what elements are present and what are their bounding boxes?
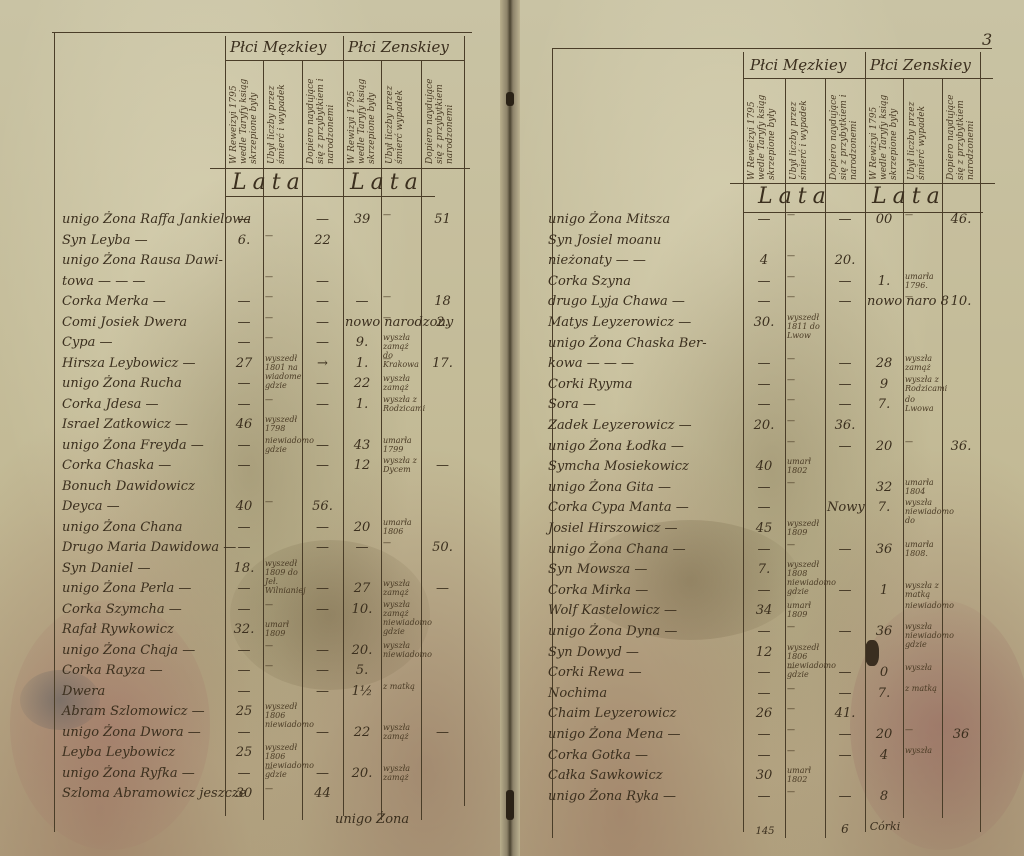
- age-cell-m3: —: [304, 520, 341, 535]
- age-cell-m3: —: [827, 624, 863, 639]
- age-cell-m2: —: [787, 292, 823, 301]
- register-row: Corka Merka ——————18: [0, 294, 500, 314]
- unit-label-male: Lata: [232, 170, 306, 195]
- person-name: Corka Cypa Manta —: [548, 500, 689, 515]
- right-page: 3 Płci Męzkiey Płci Zenskiey W Reweizyi …: [520, 0, 1024, 856]
- age-cell-m1: —: [227, 212, 261, 227]
- header-male: Płci Męzkiey: [230, 38, 326, 56]
- age-cell-f3: 2.: [423, 315, 462, 330]
- header-rule: [743, 78, 993, 79]
- person-name: Corka Gotka —: [548, 748, 648, 763]
- person-name: Comi Josiek Dwera: [62, 315, 187, 330]
- register-row: Comi Josiek Dwera———nowo narodzony—2.: [0, 315, 500, 335]
- footer-note: Córki: [855, 820, 915, 833]
- person-name: unigo Żona Chana —: [548, 542, 686, 557]
- register-row: unigo Żona Mena ————20—36: [520, 727, 1024, 747]
- col-header: Ubył liczby przez śmierć wypadek: [907, 82, 939, 180]
- register-row: nieżonaty — —4—20.: [520, 253, 1024, 273]
- person-name: Całka Sawkowicz: [548, 768, 663, 783]
- col-header: Dopiero naydujące się z przybytkiem i na…: [829, 82, 861, 180]
- age-cell-f2: do Lwowa: [905, 395, 940, 413]
- register-row: Corka Cypa Manta ——Nowy7.wyszła niewiado…: [520, 500, 1024, 520]
- age-cell-m3: —: [827, 727, 863, 742]
- register-row: unigo Żona Dyna ————36wyszła niewiadomo …: [520, 624, 1024, 644]
- age-cell-m2: —: [787, 663, 823, 672]
- age-cell-f1: 1: [867, 583, 901, 598]
- age-cell-f2: wyszła zamąż: [383, 579, 419, 597]
- age-cell-f2: wyszła z Rodzicami: [905, 375, 940, 393]
- age-cell-f2: z matką: [905, 684, 940, 693]
- col-header: W Reweizyi 1795 wedle Taryfy ksiąg skrze…: [229, 64, 261, 164]
- age-cell-m3: —: [304, 274, 341, 289]
- col-header: Ubył liczby przez śmierć wypadek: [385, 64, 417, 164]
- register-row: unigo Żona Chaja ————20.wyszła niewiadom…: [0, 643, 500, 663]
- register-row: Drugo Maria Dawidowa —————50.: [0, 540, 500, 560]
- age-cell-m2: —: [265, 661, 300, 670]
- person-name: unigo Żona Raffa Jankielowa: [62, 212, 251, 227]
- age-cell-f3: 36.: [944, 439, 978, 454]
- age-cell-f2: umarła 1806: [383, 518, 419, 536]
- register-row: Corka Mirka ———1wyszła z matką: [520, 583, 1024, 603]
- age-cell-f1: 4: [867, 748, 901, 763]
- col-header: W Rewizyi 1795 wedle Taryfy ksiąg skrzep…: [869, 82, 901, 180]
- person-name: towa — — —: [62, 274, 145, 289]
- age-cell-m1: —: [745, 397, 783, 412]
- binding-thread: [506, 92, 514, 106]
- header-female: Płci Zenskiey: [870, 56, 971, 74]
- register-row: kowa — — ————28wyszła zamąż: [520, 356, 1024, 376]
- age-cell-f1: 36: [867, 542, 901, 557]
- register-row: Syn Daniel —18.wyszedł 1809 do Jeł. Wiln…: [0, 561, 500, 581]
- age-cell-f1: 1.: [345, 397, 379, 412]
- age-cell-f2: —: [383, 354, 419, 363]
- unit-label-female: Lata: [872, 184, 946, 209]
- register-row: Abram Szlomowicz —25wyszedł 1806 niewiad…: [0, 704, 500, 724]
- age-cell-m1: —: [745, 686, 783, 701]
- register-row: Deyca —40—56.: [0, 499, 500, 519]
- age-cell-m2: umarł 1802: [787, 766, 823, 784]
- age-cell-m1: —: [745, 542, 783, 557]
- age-cell-f2: umarła 1808.: [905, 540, 940, 558]
- col-header: Dopiero naydujące się z przybytkiem i na…: [306, 64, 340, 164]
- register-row: Sora ————7.do Lwowa: [520, 397, 1024, 417]
- person-name: Corka Merka —: [62, 294, 166, 309]
- register-row: Hirsza Leybowicz —27wyszedł 1801 na wiad…: [0, 356, 500, 376]
- age-cell-m1: 12: [745, 645, 783, 660]
- age-cell-m1: 25: [227, 745, 261, 760]
- age-cell-m2: umarł 1802: [787, 457, 823, 475]
- age-cell-m2: —: [787, 375, 823, 384]
- register-row: Cypa ————9.wyszła zamąż do Krakowa: [0, 335, 500, 355]
- age-cell-m3: 56.: [304, 499, 341, 514]
- register-row: Josiel Hirszowicz —45wyszedł 1809: [520, 521, 1024, 541]
- age-cell-m2: —: [787, 746, 823, 755]
- age-cell-m1: —: [745, 500, 783, 515]
- register-row: Syn Josiel moanu: [520, 233, 1024, 253]
- person-name: Hirsza Leybowicz —: [62, 356, 195, 371]
- age-cell-f2: umarła 1796.: [905, 272, 940, 290]
- age-cell-m3: 20.: [827, 253, 863, 268]
- register-row: unigo Żona Łodka ———20—36.: [520, 439, 1024, 459]
- age-cell-f2: z matką: [383, 682, 419, 691]
- age-cell-f2: wyszła: [905, 746, 940, 755]
- age-cell-m1: —: [227, 376, 261, 391]
- register-row: Syn Leyba —6.—22: [0, 233, 500, 253]
- age-cell-f1: 5.: [345, 663, 379, 678]
- col-header: W Reweizyi 1795 wedle Taryfy ksiąg skrze…: [747, 82, 781, 180]
- person-name: unigo Żona Chaska Ber-: [548, 336, 707, 351]
- register-row: Corka Gotka ————4wyszła: [520, 748, 1024, 768]
- age-cell-f1: 7.: [867, 500, 901, 515]
- age-cell-f2: —: [383, 538, 419, 547]
- age-cell-f1: 22: [345, 376, 379, 391]
- age-cell-m2: niewiadomo gdzie: [265, 436, 300, 454]
- person-name: Bonuch Dawidowicz: [62, 479, 195, 494]
- age-cell-m2: —: [265, 600, 300, 609]
- age-cell-f1: 27: [345, 581, 379, 596]
- age-cell-m1: —: [227, 397, 261, 412]
- age-cell-m3: 44: [304, 786, 341, 801]
- register-row: unigo Żona Raffa Jankielowa——39—51: [0, 212, 500, 232]
- age-cell-m1: —: [745, 274, 783, 289]
- age-cell-m2: wyszedł 1798: [265, 415, 300, 433]
- age-cell-m1: 18.: [227, 561, 261, 576]
- person-name: Abram Szlomowicz —: [62, 704, 205, 719]
- age-cell-f2: wyszła niewiadomo: [383, 641, 419, 659]
- age-cell-f1: 20.: [345, 766, 379, 781]
- age-cell-m3: —: [827, 789, 863, 804]
- age-cell-m2: —: [787, 395, 823, 404]
- age-cell-f1: 22: [345, 725, 379, 740]
- age-cell-m1: 34: [745, 603, 783, 618]
- age-cell-f3: —: [423, 458, 462, 473]
- register-row: unigo Żona Freyda ——niewiadomo gdzie—43u…: [0, 438, 500, 458]
- register-row: Corka Rayza ————5.: [0, 663, 500, 683]
- age-cell-m1: —: [227, 294, 261, 309]
- age-cell-m1: 32.: [227, 622, 261, 637]
- age-cell-m3: —: [827, 542, 863, 557]
- age-cell-m1: —: [745, 583, 783, 598]
- age-cell-m1: 6.: [227, 233, 261, 248]
- age-cell-f2: wyszła z Rodzicami: [383, 395, 419, 413]
- col-header: Ubył liczby przez śmierć i wypadek: [789, 82, 821, 180]
- age-cell-m1: 40: [227, 499, 261, 514]
- age-cell-m1: 30.: [745, 315, 783, 330]
- person-name: Nochima: [548, 686, 607, 701]
- age-cell-f1: 9.: [345, 335, 379, 350]
- age-cell-f2: wyszła zamąż: [383, 764, 419, 782]
- age-cell-f1: 39: [345, 212, 379, 227]
- age-cell-f2: wyszła z Dycem: [383, 456, 419, 474]
- age-cell-f1: 20: [867, 439, 901, 454]
- age-cell-f3: 36: [944, 727, 978, 742]
- age-cell-m2: —: [265, 395, 300, 404]
- age-cell-f3: 46.: [944, 212, 978, 227]
- register-row: Corka Szyna———1.umarła 1796.: [520, 274, 1024, 294]
- age-cell-f3: —: [423, 581, 462, 596]
- unit-label-male: Lata: [758, 184, 832, 209]
- age-cell-f2: —: [905, 292, 940, 301]
- header-male: Płci Męzkiey: [750, 56, 846, 74]
- age-cell-f1: 20: [345, 520, 379, 535]
- binding-thread: [506, 790, 514, 820]
- age-cell-m2: —: [787, 684, 823, 693]
- person-name: Corka Rayza —: [62, 663, 163, 678]
- age-cell-m3: —: [827, 686, 863, 701]
- person-name: Syn Dowyd —: [548, 645, 639, 660]
- person-name: Syn Daniel —: [62, 561, 150, 576]
- age-cell-m1: —: [745, 665, 783, 680]
- age-cell-m1: —: [227, 684, 261, 699]
- register-row: unigo Żona Ryfka ————20.wyszła zamąż: [0, 766, 500, 786]
- register-row: unigo Żona Chana——20umarła 1806: [0, 520, 500, 540]
- person-name: Chaim Leyzerowicz: [548, 706, 676, 721]
- person-name: Corki Ryyma: [548, 377, 632, 392]
- age-cell-f3: —: [423, 725, 462, 740]
- age-cell-m1: —: [227, 663, 261, 678]
- person-name: Zadek Leyzerowicz —: [548, 418, 692, 433]
- age-cell-m1: —: [745, 480, 783, 495]
- age-cell-m3: —: [827, 274, 863, 289]
- person-name: kowa — — —: [548, 356, 634, 371]
- col-header: Dopiero naydujące się z przybytkiem naro…: [946, 82, 978, 180]
- register-row: Rafał Rywkowicz32.umarł 1809: [0, 622, 500, 642]
- age-cell-f2: —: [905, 437, 940, 446]
- age-cell-m2: —: [265, 497, 300, 506]
- age-cell-m1: 30: [227, 786, 261, 801]
- age-cell-f2: —: [383, 313, 419, 322]
- age-cell-f1: 1½: [345, 684, 379, 699]
- age-cell-f2: umarła 1804: [905, 478, 940, 496]
- age-cell-m1: —: [745, 727, 783, 742]
- age-cell-f1: nowo narodzony: [345, 315, 379, 330]
- register-row: Nochima———7.z matką: [520, 686, 1024, 706]
- age-cell-f1: —: [345, 294, 379, 309]
- col-header: Dopiero naydujące się z przybytkiem naro…: [425, 64, 461, 164]
- register-row: Corki Ryyma———9wyszła z Rodzicami: [520, 377, 1024, 397]
- age-cell-f2: wyszła zamąż: [905, 354, 940, 372]
- unit-label-female: Lata: [350, 170, 424, 195]
- age-cell-m1: 45: [745, 521, 783, 536]
- age-cell-m3: —: [827, 356, 863, 371]
- age-cell-m2: —: [787, 416, 823, 425]
- register-row: Szloma Abramowicz jeszcze30—44: [0, 786, 500, 806]
- age-cell-f3: 10.: [944, 294, 978, 309]
- person-name: unigo Żona Mena —: [548, 727, 681, 742]
- age-cell-m3: —: [304, 212, 341, 227]
- age-cell-f1: 43: [345, 438, 379, 453]
- register-row: Bonuch Dawidowicz: [0, 479, 500, 499]
- age-cell-m1: —: [227, 766, 261, 781]
- age-cell-f1: 20.: [345, 643, 379, 658]
- register-row: unigo Żona Mitsza———00—46.: [520, 212, 1024, 232]
- person-name: Syn Leyba —: [62, 233, 148, 248]
- age-cell-m1: —: [227, 643, 261, 658]
- age-cell-m3: —: [304, 602, 341, 617]
- person-name: unigo Żona Rucha: [62, 376, 182, 391]
- age-cell-m1: —: [745, 356, 783, 371]
- age-cell-m3: Nowy: [827, 500, 863, 515]
- age-cell-m3: 22: [304, 233, 341, 248]
- register-row: Corka Jdesa ————1.wyszła z Rodzicami: [0, 397, 500, 417]
- age-cell-f2: —: [905, 210, 940, 219]
- register-row: unigo Żona Perla ———27wyszła zamąż—: [0, 581, 500, 601]
- age-cell-m3: —: [827, 748, 863, 763]
- person-name: unigo Żona Dwora —: [62, 725, 201, 740]
- register-row: towa — — ———: [0, 274, 500, 294]
- age-cell-m1: —: [227, 335, 261, 350]
- page-number: 3: [982, 30, 992, 49]
- person-name: Cypa —: [62, 335, 113, 350]
- age-cell-m3: →: [304, 356, 341, 371]
- age-cell-f2: wyszła z matką: [905, 581, 940, 599]
- person-name: nieżonaty — —: [548, 253, 646, 268]
- header-rule: [225, 196, 435, 197]
- age-cell-m3: —: [304, 581, 341, 596]
- age-cell-m1: —: [745, 624, 783, 639]
- age-cell-m2: —: [265, 641, 300, 650]
- age-cell-m2: —: [787, 478, 823, 487]
- person-name: Szloma Abramowicz jeszcze: [62, 786, 246, 801]
- age-cell-m3: —: [304, 294, 341, 309]
- age-cell-m2: —: [787, 437, 823, 446]
- age-cell-m2: —: [787, 272, 823, 281]
- age-cell-m1: —: [745, 377, 783, 392]
- age-cell-m3: —: [304, 335, 341, 350]
- top-rule: [552, 48, 992, 49]
- age-cell-m2: —: [787, 251, 823, 260]
- register-row: Wolf Kastelowicz —34umarł 1809niewiadomo: [520, 603, 1024, 623]
- register-row: Corki Rewa ————0wyszła: [520, 665, 1024, 685]
- age-cell-f1: 28: [867, 356, 901, 371]
- age-cell-f2: wyszła: [905, 663, 940, 672]
- age-cell-m3: —: [827, 212, 863, 227]
- header-female: Płci Zenskiey: [348, 38, 449, 56]
- person-name: Leyba Leybowicz: [62, 745, 175, 760]
- register-row: unigo Żona Ryka ————8: [520, 789, 1024, 809]
- register-row: drugo Lyja Chawa ————nowo naro 8—10.: [520, 294, 1024, 314]
- age-cell-m1: —: [227, 315, 261, 330]
- age-cell-m3: —: [827, 665, 863, 680]
- person-name: unigo Żona Freyda —: [62, 438, 204, 453]
- age-cell-f2: wyszła zamąż: [383, 374, 419, 392]
- age-cell-m2: —: [787, 210, 823, 219]
- person-name: Wolf Kastelowicz —: [548, 603, 677, 618]
- footer-note: unigo Żona: [335, 812, 409, 827]
- register-row: Israel Zatkowicz —46wyszedł 1798: [0, 417, 500, 437]
- age-cell-f2: niewiadomo: [905, 601, 940, 610]
- age-cell-m3: —: [827, 439, 863, 454]
- person-name: Dwera: [62, 684, 105, 699]
- left-page: Płci Męzkiey Płci Zenskiey W Reweizyi 17…: [0, 0, 500, 856]
- age-cell-f1: 36: [867, 624, 901, 639]
- age-cell-f1: 10.: [345, 602, 379, 617]
- age-cell-m3: —: [304, 315, 341, 330]
- age-cell-m2: —: [787, 540, 823, 549]
- age-cell-f1: 0: [867, 665, 901, 680]
- age-cell-m3: —: [304, 684, 341, 699]
- age-cell-m1: 25: [227, 704, 261, 719]
- age-cell-m1: 46: [227, 417, 261, 432]
- age-cell-f3: 17.: [423, 356, 462, 371]
- age-cell-m2: umarł 1809: [265, 620, 300, 638]
- person-name: Symcha Mosiekowicz: [548, 459, 689, 474]
- age-cell-m3: —: [304, 397, 341, 412]
- age-cell-m1: —: [745, 748, 783, 763]
- register-row: Syn Dowyd —12wyszedł 1806 niewiadomo gdz…: [520, 645, 1024, 665]
- age-cell-m2: —: [265, 292, 300, 301]
- age-cell-m3: —: [304, 540, 341, 555]
- person-name: Corka Szymcha —: [62, 602, 182, 617]
- person-name: unigo Żona Chana: [62, 520, 183, 535]
- age-cell-m1: —: [745, 212, 783, 227]
- register-row: unigo Żona Rausa Dawi-: [0, 253, 500, 273]
- age-cell-m1: 30: [745, 768, 783, 783]
- register-row: unigo Żona Chana ————36umarła 1808.: [520, 542, 1024, 562]
- age-cell-m3: —: [304, 643, 341, 658]
- register-row: Syn Mowsza —7.wyszedł 1808 niewiadomo gd…: [520, 562, 1024, 582]
- person-name: Corka Szyna: [548, 274, 631, 289]
- age-cell-m2: —: [265, 272, 300, 281]
- age-cell-f1: 1.: [345, 356, 379, 371]
- age-cell-m3: —: [304, 458, 341, 473]
- person-name: Deyca —: [62, 499, 120, 514]
- register-row: unigo Żona Chaska Ber-: [520, 336, 1024, 356]
- age-cell-m2: —: [265, 313, 300, 322]
- register-row: Dwera——1½z matką: [0, 684, 500, 704]
- register-row: Zadek Leyzerowicz —20.—36.: [520, 418, 1024, 438]
- age-cell-m2: —: [787, 704, 823, 713]
- person-name: unigo Żona Chaja —: [62, 643, 195, 658]
- age-cell-m2: —: [787, 354, 823, 363]
- age-cell-f3: 51: [423, 212, 462, 227]
- age-cell-m2: —: [265, 784, 300, 793]
- person-name: Josiel Hirszowicz —: [548, 521, 677, 536]
- age-cell-f2: wyszła zamąż: [383, 723, 419, 741]
- age-cell-f2: —: [905, 725, 940, 734]
- register-row: Całka Sawkowicz30umarł 1802: [520, 768, 1024, 788]
- person-name: unigo Żona Perla —: [62, 581, 191, 596]
- register-row: Leyba Leybowicz25wyszedł 1806 niewiadomo…: [0, 745, 500, 765]
- person-name: Syn Josiel moanu: [548, 233, 661, 248]
- register-row: unigo Żona Rucha——22wyszła zamąż: [0, 376, 500, 396]
- age-cell-m1: —: [745, 789, 783, 804]
- age-cell-m1: —: [227, 540, 261, 555]
- person-name: Corka Mirka —: [548, 583, 648, 598]
- age-cell-m3: —: [304, 663, 341, 678]
- header-rule: [210, 168, 470, 169]
- age-cell-m3: —: [304, 376, 341, 391]
- person-name: unigo Żona Ryka —: [548, 789, 676, 804]
- age-cell-f1: 00: [867, 212, 901, 227]
- register-row: Matys Leyzerowicz —30.wyszedł 1811 do Lw…: [520, 315, 1024, 335]
- age-cell-m2: —: [787, 787, 823, 796]
- age-cell-m3: —: [304, 438, 341, 453]
- age-cell-m3: —: [827, 583, 863, 598]
- top-rule: [52, 32, 472, 33]
- person-name: unigo Żona Rausa Dawi-: [62, 253, 223, 268]
- register-row: unigo Żona Dwora ———22wyszła zamąż—: [0, 725, 500, 745]
- age-cell-m3: —: [827, 294, 863, 309]
- age-cell-m1: —: [745, 294, 783, 309]
- register-row: Symcha Mosiekowicz40umarł 1802: [520, 459, 1024, 479]
- age-cell-m3: —: [827, 397, 863, 412]
- age-cell-f1: 7.: [867, 686, 901, 701]
- age-cell-m1: 40: [745, 459, 783, 474]
- person-name: Matys Leyzerowicz —: [548, 315, 691, 330]
- person-name: Corki Rewa —: [548, 665, 642, 680]
- person-name: unigo Żona Łodka —: [548, 439, 684, 454]
